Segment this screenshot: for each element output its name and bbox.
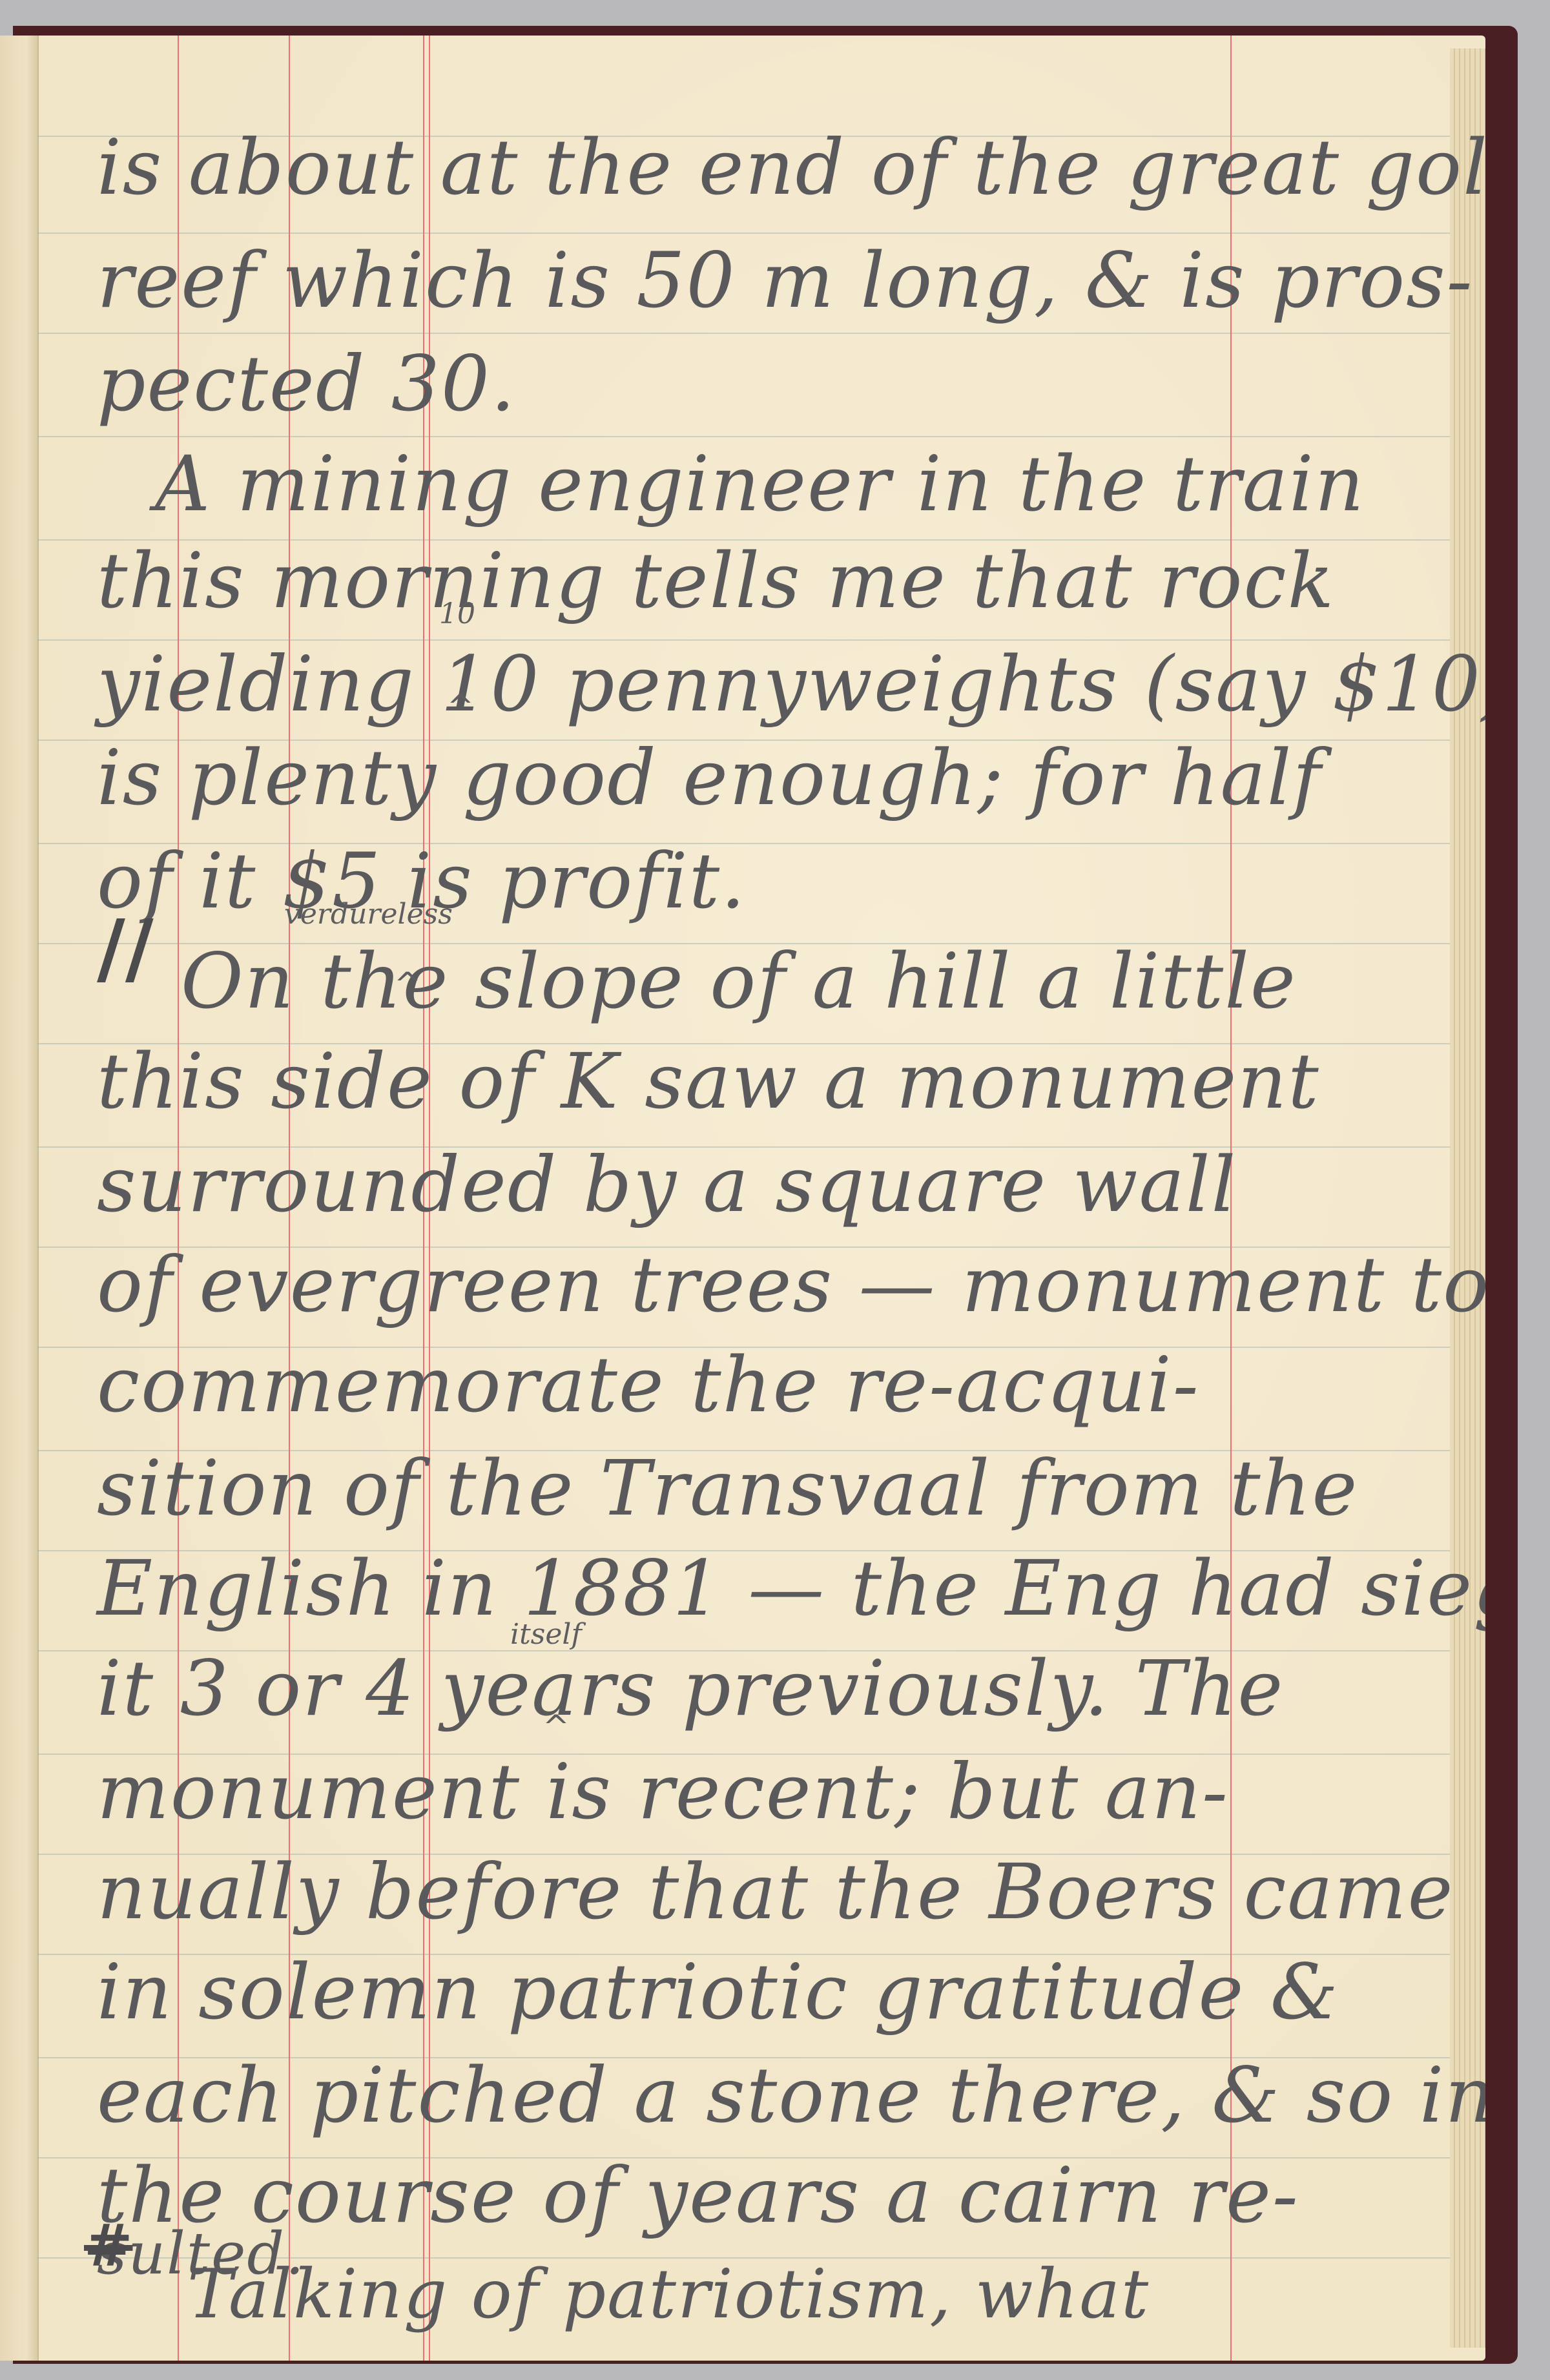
binding-gutter <box>0 36 39 2361</box>
text-line: each pitched a stone there, & so in <box>97 2057 1485 2133</box>
text-line: sition of the Transvaal from the <box>97 1450 1358 1526</box>
text-line: commemorate the re-acqui- <box>97 1347 1200 1423</box>
text-line: nually before that the Boers came <box>97 1854 1454 1930</box>
ruled-line <box>37 333 1450 334</box>
insertion-caret: ^ <box>447 688 474 725</box>
text-line: it 3 or 4 years previously. The <box>97 1650 1284 1726</box>
insertion-annotation: verdureless <box>284 898 453 931</box>
section-mark-icon: # <box>84 2212 132 2280</box>
text-line: this side of K saw a monument <box>97 1043 1320 1119</box>
page-fore-edges <box>1450 48 1485 2348</box>
text-line: of evergreen trees — monument to <box>97 1247 1485 1323</box>
text-line: English in 1881 — the Eng had sieged <box>97 1550 1485 1626</box>
insertion-annotation: 10 <box>439 597 475 630</box>
text-line: monument is recent; but an- <box>97 1754 1229 1830</box>
text-line: this morning tells me that rock <box>97 543 1335 619</box>
text-line: surrounded by a square wall <box>97 1146 1237 1223</box>
text-line: in solemn patriotic gratitude & <box>97 1954 1339 2030</box>
text-line: is plenty good enough; for half <box>97 740 1322 816</box>
text-line: pected 30. <box>97 346 516 422</box>
text-line: yielding 10 pennyweights (say $10) <box>97 646 1485 722</box>
insertion-caret: ^ <box>542 1708 570 1746</box>
ruled-line <box>37 436 1450 437</box>
insertion-annotation: itself <box>510 1618 582 1651</box>
text-line: is about at the end of the great gold <box>97 129 1485 205</box>
text-line: On the slope of a hill a little <box>181 943 1297 1019</box>
paragraph-mark-icon: // <box>97 904 154 994</box>
ruled-line <box>37 233 1450 234</box>
notebook-page: is about at the end of the great gold re… <box>0 36 1485 2361</box>
insertion-caret: ^ <box>394 966 421 1003</box>
text-line: A mining engineer in the train <box>155 446 1365 522</box>
text-line: reef which is 50 m long, & is pros- <box>97 242 1474 318</box>
